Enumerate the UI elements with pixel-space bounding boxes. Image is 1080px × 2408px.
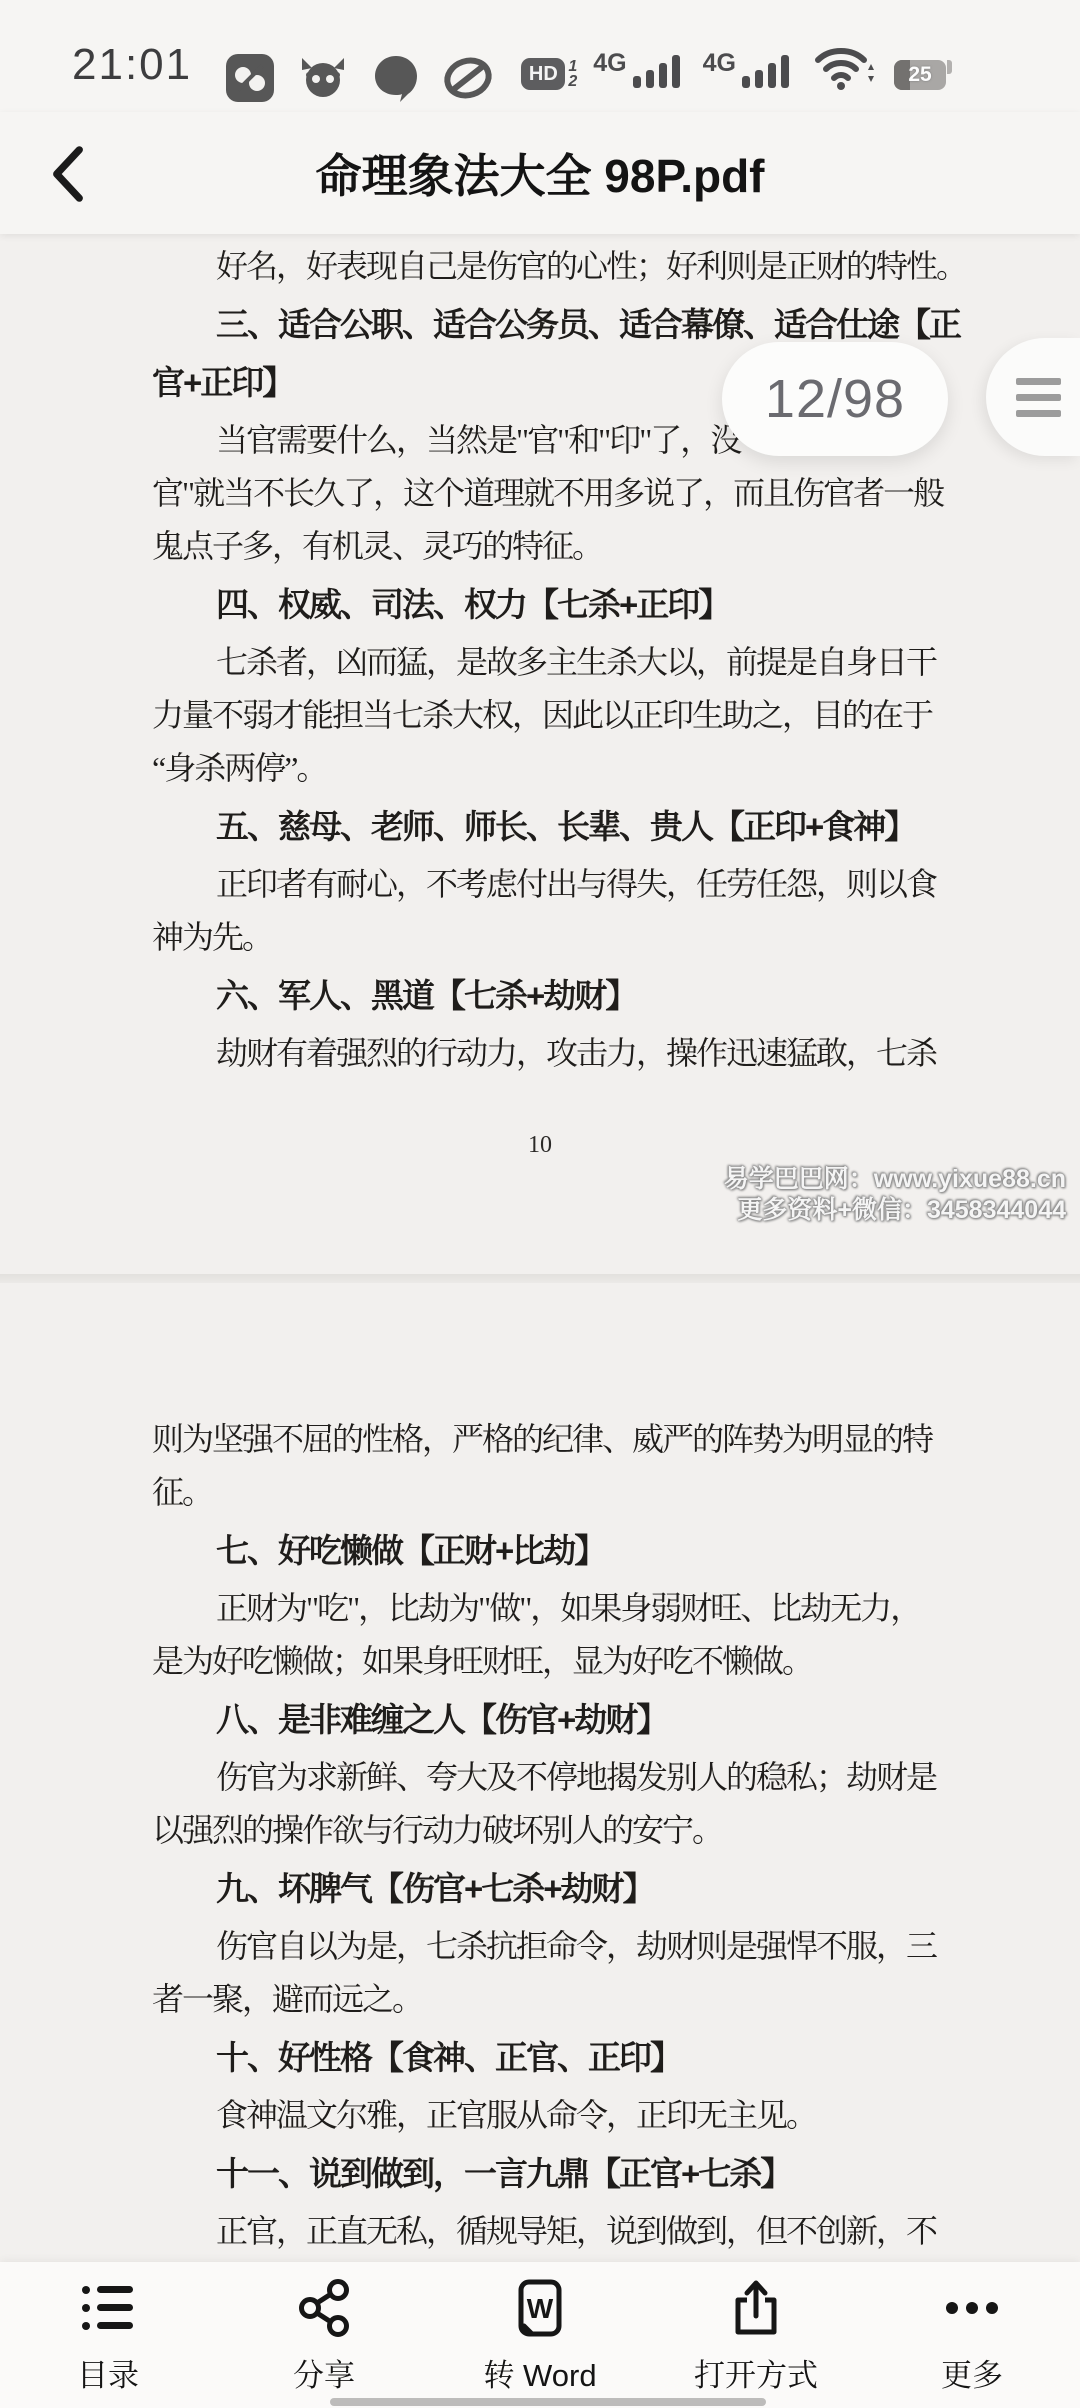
pdf-text-line: “身杀两停”。: [0, 742, 1080, 795]
pdf-scroll-area[interactable]: 好名，好表现自己是伤官的心性；好利则是正财的特性。三、适合公职、适合公务员、适合…: [0, 234, 1080, 2262]
pdf-text-line: 正财为"吃"，比劫为"做"，如果身弱财旺、比劫无力，: [0, 1582, 1080, 1635]
notification-icons: [224, 52, 494, 104]
pdf-text-line: 征。: [0, 1466, 1080, 1519]
clock: 21:01: [72, 40, 192, 90]
pdf-heading-line: 五、慈母、老师、师长、长辈、贵人【正印+食神】: [0, 800, 1080, 853]
toc-button[interactable]: 目录: [0, 2262, 216, 2408]
open-with-icon: [728, 2278, 784, 2338]
open-with-button[interactable]: 打开方式: [648, 2262, 864, 2408]
pdf-text-line: 官"就当不长久了，这个道理就不用多说了，而且伤官者一般: [0, 467, 1080, 520]
pdf-heading-line: 六、军人、黑道【七杀+劫财】: [0, 969, 1080, 1022]
bottom-toolbar: 目录 分享 W 转 Word: [0, 2262, 1080, 2408]
convert-word-button[interactable]: W 转 Word: [432, 2262, 648, 2408]
pdf-heading-line: 九、坏脾气【伤官+七杀+劫财】: [0, 1862, 1080, 1915]
home-indicator[interactable]: [330, 2398, 766, 2406]
pdf-page-11-lines: 则为坚强不屈的性格，严格的纪律、威严的阵势为明显的特征。七、好吃懒做【正财+比劫…: [0, 1413, 1080, 2258]
back-button[interactable]: [50, 144, 94, 204]
status-right-cluster: HD 1 2 4G 4G: [521, 44, 952, 90]
pdf-text-line: 则为坚强不屈的性格，严格的纪律、威严的阵势为明显的特: [0, 1413, 1080, 1466]
pdf-reader-screen: 21:01: [0, 0, 1080, 2408]
pdf-heading-line: 七、好吃懒做【正财+比劫】: [0, 1524, 1080, 1577]
sim2-signal-icon: 4G: [703, 46, 796, 90]
pdf-text-line: 七杀者，凶而猛，是故多主生杀大以，前提是自身日干: [0, 636, 1080, 689]
pdf-heading-line: 十、好性格【食神、正官、正印】: [0, 2031, 1080, 2084]
pdf-text-line: 劫财有着强烈的行动力，攻击力，操作迅速猛敢，七杀: [0, 1027, 1080, 1080]
pdf-page-11: 则为坚强不屈的性格，严格的纪律、威严的阵势为明显的特征。七、好吃懒做【正财+比劫…: [0, 1283, 1080, 2262]
chat-notification-icon: [370, 52, 422, 104]
pdf-heading-line: 四、权威、司法、权力【七杀+正印】: [0, 578, 1080, 631]
pdf-heading-line: 八、是非难缠之人【伤官+劫财】: [0, 1693, 1080, 1746]
pdf-text-line: 是为好吃懒做；如果身旺财旺，显为好吃不懒做。: [0, 1635, 1080, 1688]
wifi-icon: [812, 44, 878, 90]
watermark: 易学巴巴网：www.yixue88.cn 更多资料+微信：3458344044: [724, 1164, 1066, 1226]
app-notification-icon: [224, 52, 276, 104]
share-icon: [296, 2278, 352, 2338]
pdf-heading-line: 十一、说到做到，一言九鼎【正官+七杀】: [0, 2147, 1080, 2200]
pdf-footer-page-number: 10: [0, 1132, 1080, 1159]
pdf-text-line: 好名，好表现自己是伤官的心性；好利则是正财的特性。: [0, 240, 1080, 293]
pdf-text-line: 力量不弱才能担当七杀大权，因此以正印生助之，目的在于: [0, 689, 1080, 742]
hamburger-icon: [1016, 378, 1061, 385]
word-document-icon: W: [512, 2278, 568, 2338]
page-indicator: 12/98: [722, 342, 948, 456]
toc-icon: [79, 2278, 137, 2338]
pdf-heading-line: 三、适合公职、适合公务员、适合幕僚、适合仕途【正: [0, 298, 1080, 351]
pdf-text-line: 正官，正直无私，循规导矩，说到做到，但不创新，不: [0, 2205, 1080, 2258]
game-notification-icon: [296, 52, 350, 104]
pdf-text-line: 者一聚，避而远之。: [0, 1973, 1080, 2026]
svg-text:W: W: [527, 2293, 554, 2324]
page-separator: [0, 1274, 1080, 1283]
status-bar: 21:01: [0, 0, 1080, 112]
more-button[interactable]: 更多: [864, 2262, 1080, 2408]
title-bar: 命理象法大全 98P.pdf: [0, 112, 1080, 234]
pdf-text-line: 食神温文尔雅，正官服从命令，正印无主见。: [0, 2089, 1080, 2142]
pdf-text-line: 鬼点子多，有机灵、灵巧的特征。: [0, 520, 1080, 573]
pdf-text-line: 神为先。: [0, 911, 1080, 964]
pdf-text-line: 以强烈的操作欲与行动力破坏别人的安宁。: [0, 1804, 1080, 1857]
hd-voice-icon: HD 1 2: [521, 58, 577, 90]
sim1-signal-icon: 4G: [593, 46, 686, 90]
back-chevron-icon: [50, 145, 86, 203]
document-title: 命理象法大全 98P.pdf: [120, 112, 960, 234]
battery-icon: 25: [894, 60, 946, 90]
share-button[interactable]: 分享: [216, 2262, 432, 2408]
browser-notification-icon: [442, 52, 494, 104]
more-ellipsis-icon: [940, 2278, 1004, 2338]
pdf-text-line: 伤官为求新鲜、夸大及不停地揭发别人的稳私；劫财是: [0, 1751, 1080, 1804]
pdf-text-line: 伤官自以为是，七杀抗拒命令，劫财则是强悍不服，三: [0, 1920, 1080, 1973]
pdf-text-line: 正印者有耐心，不考虑付出与得失，任劳任怨，则以食: [0, 858, 1080, 911]
